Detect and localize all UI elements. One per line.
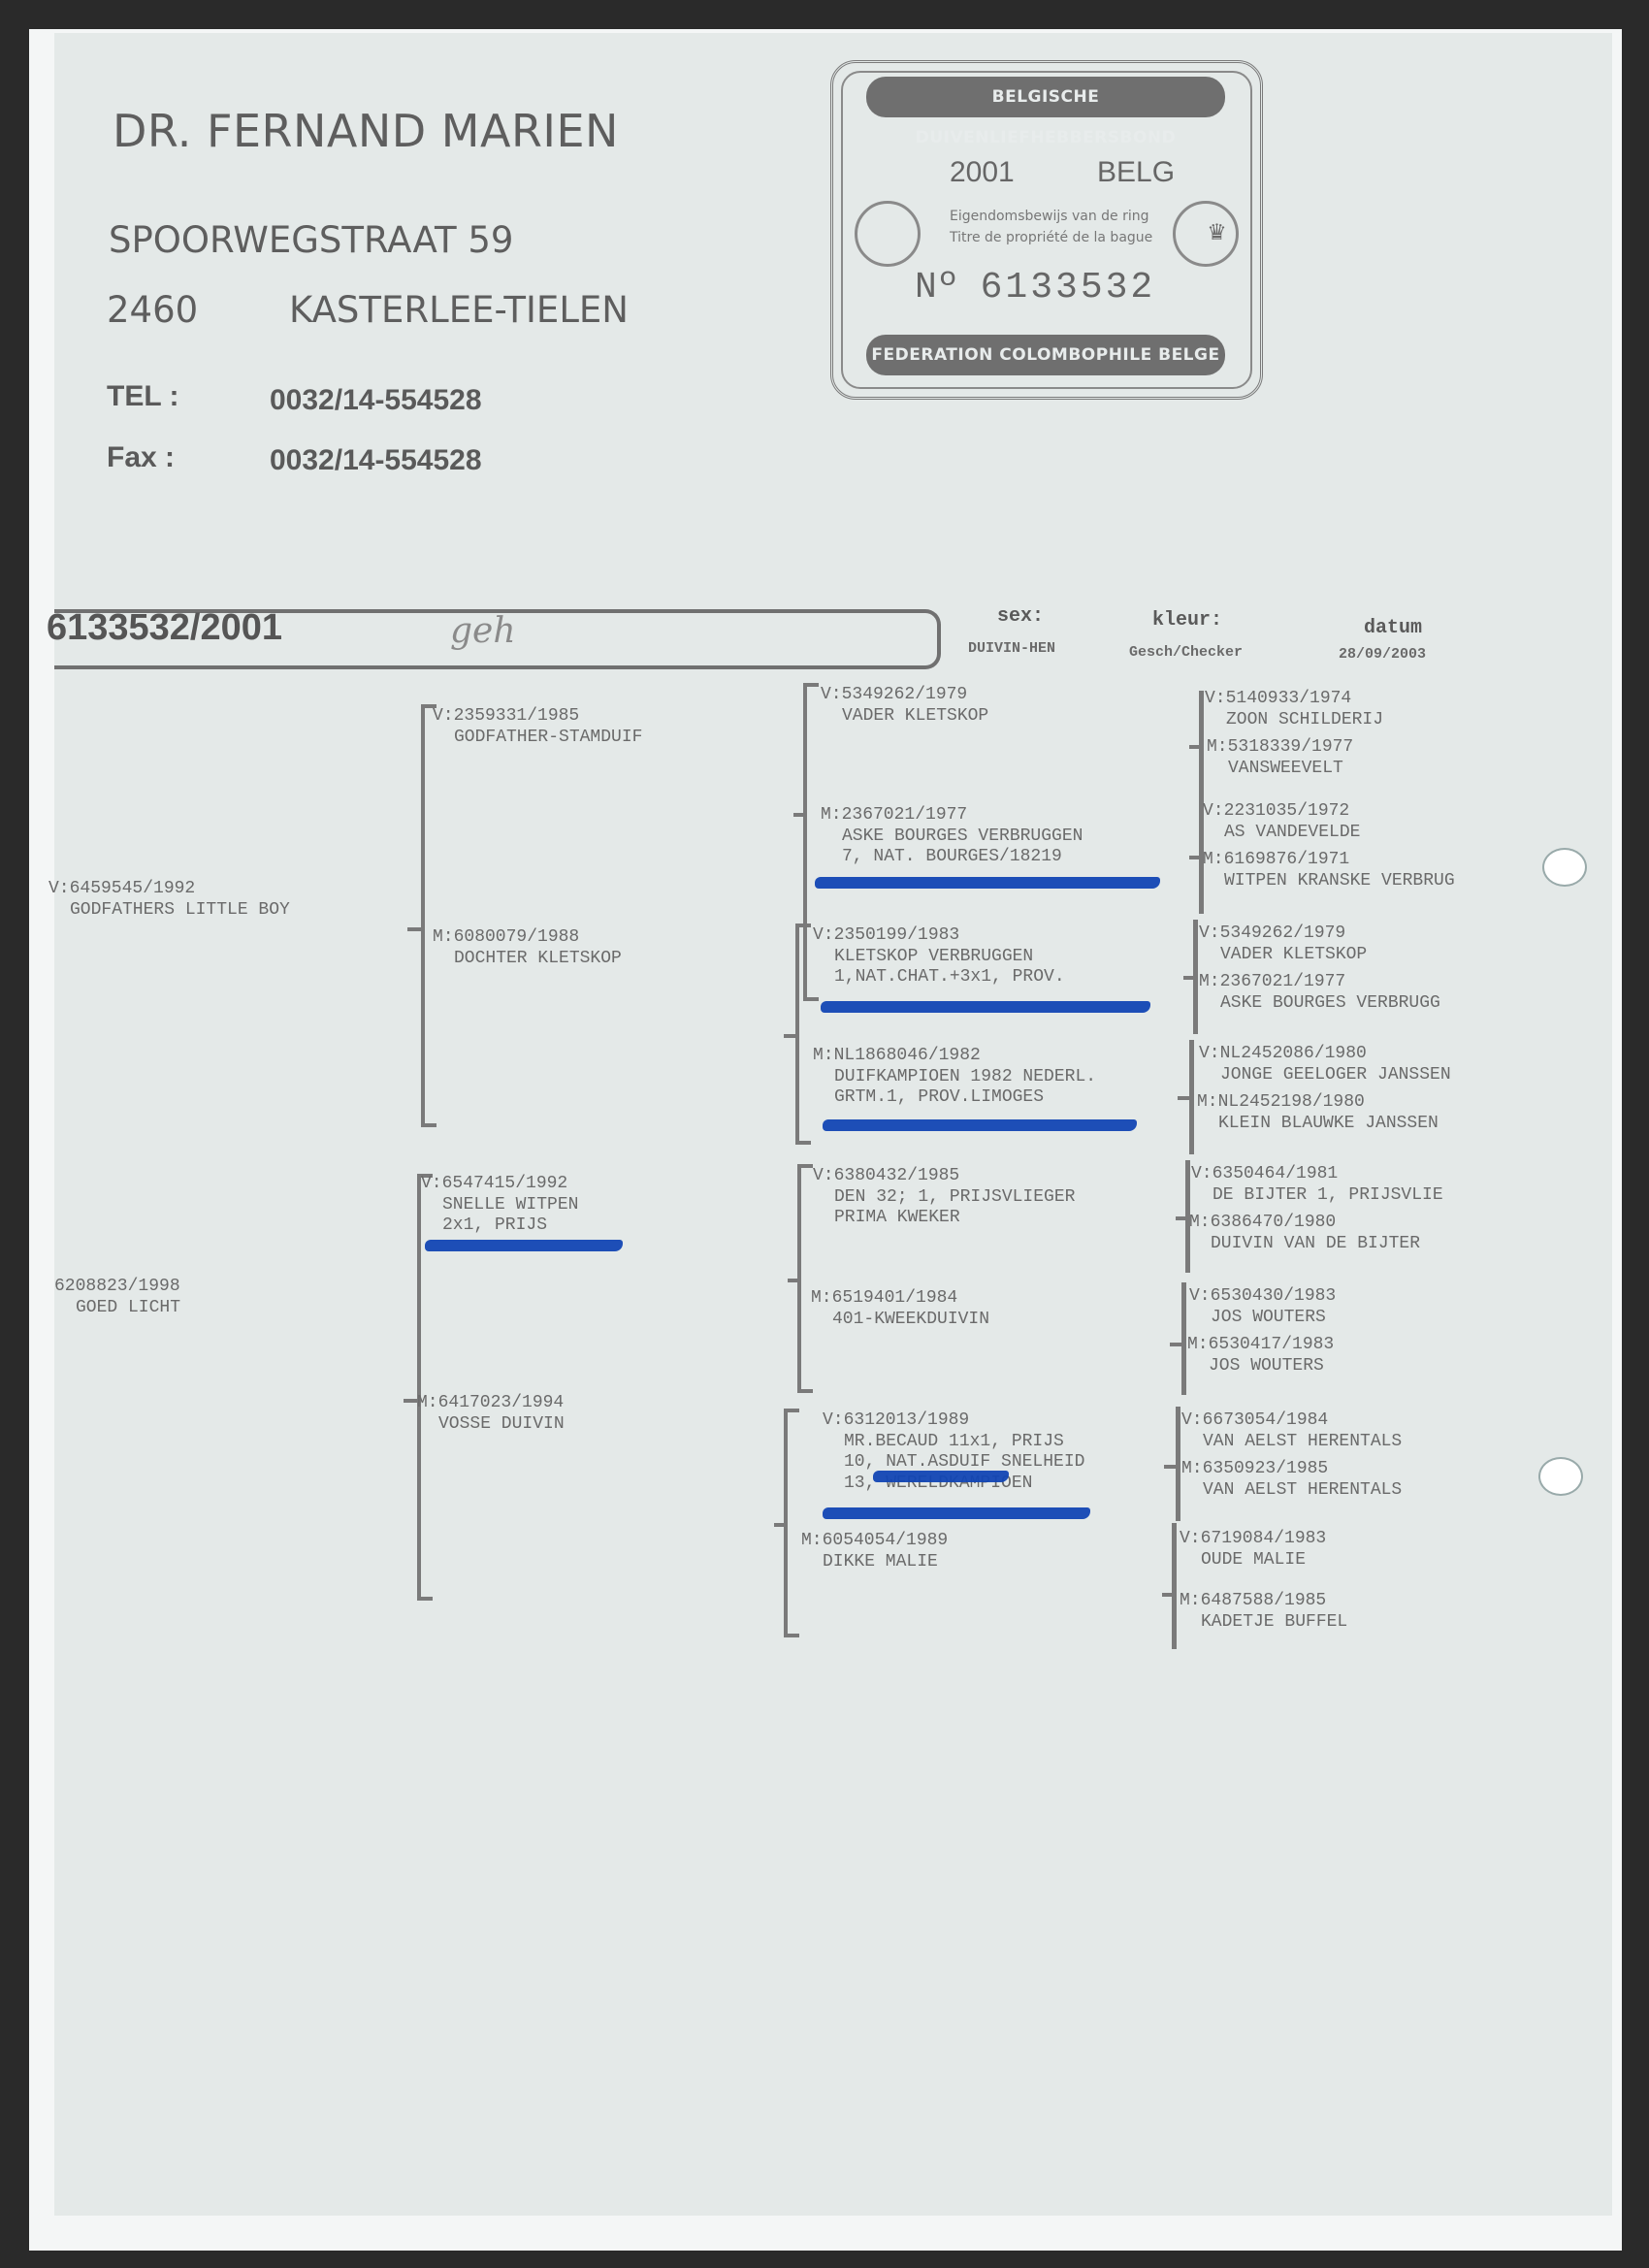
bird-info-line: VADER KLETSKOP [821,706,988,728]
bracket-tick [784,1034,797,1038]
bird-info-line: GRTM.1, PROV.LIMOGES [813,1087,1096,1109]
bird-info-line: 2x1, PRIJS [421,1215,578,1237]
handwritten-note: geh [450,611,516,651]
great-great-grandparent: M:6169876/1971WITPEN KRANSKE VERBRUG [1203,850,1455,891]
bird-info-line: 1,NAT.CHAT.+3x1, PROV. [813,967,1065,988]
great-great-grandparent: V:6350464/1981DE BIJTER 1, PRIJSVLIE [1191,1164,1443,1206]
certificate-number: Nº6133532 [915,267,1155,308]
great-great-grandparent: M:6530417/1983JOS WOUTERS [1187,1335,1334,1377]
bird-info-line: ASKE BOURGES VERBRUGGEN [821,826,1083,848]
owner-name: DR. FERNAND MARIEN [113,105,619,157]
bird-ring: V:5349262/1979 [821,685,988,706]
bird-ring: M:6417023/1994 [417,1393,565,1414]
bird-ring: M:6487588/1985 [1180,1591,1347,1612]
bracket-tick [793,813,807,817]
bird-info-line: DUIFKAMPIOEN 1982 NEDERL. [813,1067,1096,1088]
great-grandparent: M:NL1868046/1982DUIFKAMPIOEN 1982 NEDERL… [813,1046,1096,1109]
highlighter-mark [821,1001,1150,1013]
bird-ring: V:5349262/1979 [1199,923,1367,945]
bird-info-line: JONGE GEELOGER JANSSEN [1199,1065,1451,1086]
bird-info-line: 401-KWEEKDUIVIN [811,1310,989,1331]
bird-ring: V:6673054/1984 [1181,1410,1402,1432]
bird-ring: V:2359331/1985 [433,706,642,728]
bird-info-line: GOED LICHT [54,1298,180,1319]
bird-ring: M:2367021/1977 [821,805,1083,826]
bird-info-line: WITPEN KRANSKE VERBRUG [1203,871,1455,892]
grandparent: M:6080079/1988DOCHTER KLETSKOP [433,927,622,969]
bird-ring: V:2350199/1983 [813,925,1065,947]
great-great-grandparent: V:5349262/1979VADER KLETSKOP [1199,923,1367,965]
fax-label: Fax : [107,441,175,474]
certificate-top-banner: BELGISCHE DUIVENLIEFHEBBERSBOND [866,77,1225,117]
great-great-grandparent: M:5318339/1977VANSWEEVELT [1207,737,1353,779]
date-label: datum [1364,617,1422,639]
bird-info-line: DEN 32; 1, PRIJSVLIEGER [813,1187,1075,1209]
bird-ring: M:6519401/1984 [811,1288,989,1310]
great-great-grandparent: V:NL2452086/1980JONGE GEELOGER JANSSEN [1199,1044,1451,1085]
bird-info-line: KLEIN BLAUWKE JANSSEN [1197,1114,1439,1135]
bird-info-line: MR.BECAUD 11x1, PRIJS [823,1432,1084,1453]
bird-info-line: VANSWEEVELT [1207,759,1353,780]
great-great-grandparent: M:2367021/1977ASKE BOURGES VERBRUGG [1199,972,1440,1014]
bird-info-line: DOCHTER KLETSKOP [433,949,622,970]
bracket-tick [404,1399,417,1403]
great-great-grandparent: M:NL2452198/1980KLEIN BLAUWKE JANSSEN [1197,1092,1439,1134]
bracket-tick [1164,1465,1176,1469]
great-great-grandparent: V:6719084/1983OUDE MALIE [1180,1529,1326,1571]
bird-ring: V:NL2452086/1980 [1199,1044,1451,1065]
ring-emblem-icon [855,201,921,267]
bracket-tick [1176,1216,1187,1220]
bracket-gen4 [1189,1040,1194,1154]
bird-info-line: DE BIJTER 1, PRIJSVLIE [1191,1185,1443,1207]
ring-emblem-icon [1173,201,1239,267]
bird-ring: V:2231035/1972 [1203,801,1360,823]
bird-ring: M:NL1868046/1982 [813,1046,1096,1067]
bird-ring: V:6350464/1981 [1191,1164,1443,1185]
color-value: Gesch/Checker [1129,644,1243,661]
bracket-tick [788,1279,801,1282]
tel-value: 0032/14-554528 [270,384,482,417]
number-value: 6133532 [981,267,1156,308]
bird-ring: V:5140933/1974 [1205,689,1383,710]
color-label: kleur: [1152,609,1222,632]
bird-info-line: AS VANDEVELDE [1203,823,1360,844]
great-great-grandparent: V:6673054/1984VAN AELST HERENTALS [1181,1410,1402,1452]
highlighter-mark [823,1119,1137,1131]
bird-info-line: SNELLE WITPEN [421,1195,578,1216]
bird-info-line: 7, NAT. BOURGES/18219 [821,847,1083,868]
grandparent: M:6417023/1994VOSSE DUIVIN [417,1393,565,1435]
bird-info-line: DUIVIN VAN DE BIJTER [1189,1234,1420,1255]
bracket-tick [1178,1096,1189,1100]
bracket-dam-parents [417,1174,433,1601]
bird-ring: M:6350923/1985 [1181,1459,1402,1480]
bird-info-line: VAN AELST HERENTALS [1181,1480,1402,1502]
certificate-line-dutch: Eigendomsbewijs van de ring [950,209,1149,224]
tel-label: TEL : [107,380,178,413]
bird-info-line: KADETJE BUFFEL [1180,1612,1347,1634]
bird-info-line: ZOON SCHILDERIJ [1205,710,1383,731]
bird-info-line: VOSSE DUIVIN [417,1414,565,1436]
great-great-grandparent: M:6487588/1985KADETJE BUFFEL [1180,1591,1347,1633]
bird-info-line: GODFATHER-STAMDUIF [433,728,642,749]
owner-city: KASTERLEE-TIELEN [289,289,629,331]
certificate-line-french: Titre de propriété de la bague [950,230,1152,245]
bird-info-line: JOS WOUTERS [1189,1308,1336,1329]
date-value: 28/09/2003 [1339,646,1426,663]
owner-street: SPOORWEGSTRAAT 59 [109,219,513,261]
sex-value: DUIVIN-HEN [968,640,1055,657]
bracket-tick [1189,856,1201,859]
bird-ring: V:6719084/1983 [1180,1529,1326,1550]
bracket-tick [1189,745,1201,749]
bird-ring: V:6547415/1992 [421,1174,578,1195]
bracket-tick [774,1523,788,1527]
highlighter-mark [823,1507,1090,1519]
bird-ring: M:NL2452198/1980 [1197,1092,1439,1114]
great-great-grandparent: M:6350923/1985VAN AELST HERENTALS [1181,1459,1402,1501]
highlighter-mark [815,877,1160,889]
great-great-grandparent: M:6386470/1980DUIVIN VAN DE BIJTER [1189,1213,1420,1254]
binder-hole [1538,1457,1583,1496]
bird-ring: V:6312013/1989 [823,1410,1084,1432]
bird-info-line: DIKKE MALIE [801,1552,948,1573]
certificate-year: 2001 [950,156,1015,189]
great-great-grandparent: V:2231035/1972AS VANDEVELDE [1203,801,1360,843]
dam: 6208823/1998GOED LICHT [54,1277,180,1318]
certificate-bottom-banner: FEDERATION COLOMBOPHILE BELGE [866,335,1225,375]
great-great-grandparent: V:6530430/1983JOS WOUTERS [1189,1286,1336,1328]
bird-ring: V:6459545/1992 [48,879,290,900]
bracket-gen4 [1176,1407,1180,1521]
bird-info-line: OUDE MALIE [1180,1550,1326,1571]
bracket-tick [1170,1343,1181,1346]
bird-ring: M:6080079/1988 [433,927,622,949]
bird-ring: M:5318339/1977 [1207,737,1353,759]
bracket-sire-parents [421,704,436,1127]
great-grandparent: V:6380432/1985DEN 32; 1, PRIJSVLIEGERPRI… [813,1166,1075,1229]
bracket-gen4 [1172,1523,1177,1649]
fax-value: 0032/14-554528 [270,444,482,477]
bird-info-line: JOS WOUTERS [1187,1356,1334,1377]
bird-ring: V:6530430/1983 [1189,1286,1336,1308]
pigeon-ring-number: 6133532/2001 [47,607,282,649]
bird-ring: M:6169876/1971 [1203,850,1455,871]
bird-info-line: ASKE BOURGES VERBRUGG [1199,993,1440,1015]
sex-label: sex: [997,605,1044,628]
bracket-tick [1162,1593,1174,1597]
bracket-tick [407,927,421,931]
highlighter-mark [425,1240,623,1251]
bird-info-line: VADER KLETSKOP [1199,945,1367,966]
owner-postal-code: 2460 [107,289,198,331]
great-great-grandparent: V:5140933/1974ZOON SCHILDERIJ [1205,689,1383,730]
great-grandparent: V:5349262/1979VADER KLETSKOP [821,685,988,727]
bird-ring: M:2367021/1977 [1199,972,1440,993]
bird-info-line: KLETSKOP VERBRUGGEN [813,947,1065,968]
grandparent: V:2359331/1985GODFATHER-STAMDUIF [433,706,642,748]
great-grandparent: V:2350199/1983KLETSKOP VERBRUGGEN1,NAT.C… [813,925,1065,988]
sire: V:6459545/1992GODFATHERS LITTLE BOY [48,879,290,921]
highlighter-mark [873,1471,1009,1482]
bird-info-line: VAN AELST HERENTALS [1181,1432,1402,1453]
bird-ring: M:6530417/1983 [1187,1335,1334,1356]
ring-certificate: BELGISCHE DUIVENLIEFHEBBERSBOND ♛ 2001 B… [830,60,1263,400]
binder-hole [1542,848,1587,887]
crown-icon: ♛ [1209,214,1225,248]
bird-ring: M:6386470/1980 [1189,1213,1420,1234]
great-grandparent: M:6519401/1984401-KWEEKDUIVIN [811,1288,989,1330]
bracket-tick [1183,976,1195,980]
bracket-gen4 [1181,1282,1186,1395]
great-grandparent: M:2367021/1977ASKE BOURGES VERBRUGGEN7, … [821,805,1083,868]
bird-info-line: GODFATHERS LITTLE BOY [48,900,290,922]
certificate-country: BELG [1097,156,1175,189]
grandparent: V:6547415/1992SNELLE WITPEN2x1, PRIJS [421,1174,578,1237]
bird-info-line: PRIMA KWEKER [813,1208,1075,1229]
bird-ring: 6208823/1998 [54,1277,180,1298]
bracket-gen3 [795,923,811,1145]
number-label: Nº [915,267,959,308]
great-grandparent: M:6054054/1989DIKKE MALIE [801,1531,948,1572]
bird-ring: V:6380432/1985 [813,1166,1075,1187]
bird-ring: M:6054054/1989 [801,1531,948,1552]
